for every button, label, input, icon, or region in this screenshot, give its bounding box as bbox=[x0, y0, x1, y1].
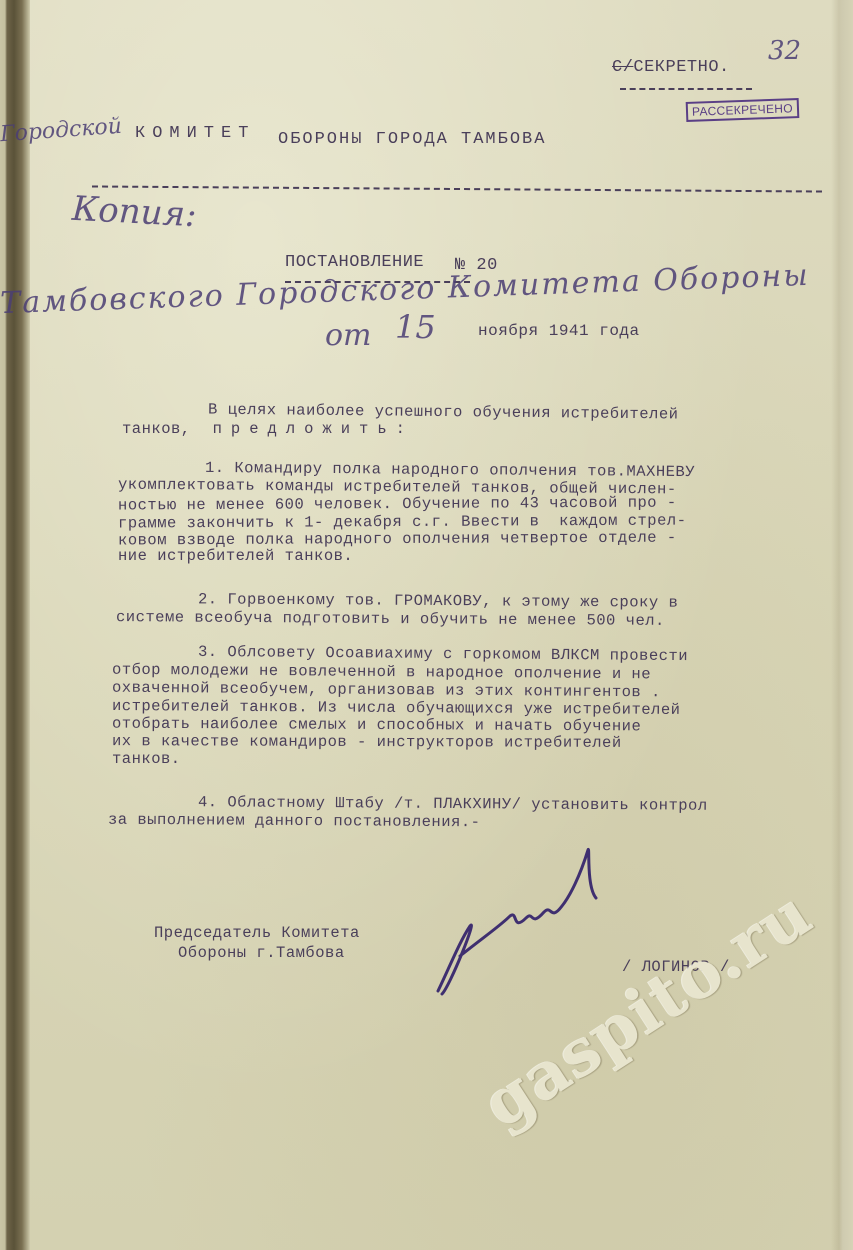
item-3-line-7: танков. bbox=[112, 750, 181, 768]
classification-mark: С/СЕКРЕТНО. bbox=[612, 58, 730, 77]
committee-word: КОМИТЕТ bbox=[135, 124, 255, 143]
signatory-position-1: Председатель Комитета bbox=[154, 924, 360, 942]
resolution-title: ПОСТАНОВЛЕНИЕ bbox=[285, 253, 424, 272]
header-rule bbox=[92, 185, 822, 192]
intro-propose: предложить: bbox=[213, 420, 414, 438]
struck-prefix: С/ bbox=[612, 58, 633, 77]
intro-tanks: танков, bbox=[122, 420, 191, 438]
intro-line-2: танков,предложить: bbox=[122, 420, 414, 438]
binding-edge bbox=[0, 0, 30, 1250]
page-number: 32 bbox=[768, 36, 801, 66]
handwritten-copy: Копия: bbox=[71, 189, 197, 235]
item-3-line-6: их в качестве командиров - инструкторов … bbox=[112, 732, 622, 752]
resolution-date: ноября 1941 года bbox=[478, 322, 640, 340]
document-page: 32 С/СЕКРЕТНО. РАССЕКРЕЧЕНО Городской КО… bbox=[0, 0, 853, 1250]
signatory-position-2: Обороны г.Тамбова bbox=[178, 944, 345, 962]
item-4-line-2: за выполнением данного постановления.- bbox=[108, 811, 481, 832]
committee-title: ОБОРОНЫ ГОРОДА ТАМБОВА bbox=[278, 130, 546, 149]
declassified-stamp: РАССЕКРЕЧЕНО bbox=[686, 98, 800, 122]
item-1-line-6: ние истребителей танков. bbox=[118, 547, 353, 565]
handwritten-date-prefix: от bbox=[325, 318, 372, 353]
classification-underline bbox=[620, 88, 752, 90]
handwritten-signature bbox=[430, 836, 650, 1006]
classification-text: СЕКРЕТНО. bbox=[633, 58, 729, 77]
page-edge bbox=[831, 0, 853, 1250]
handwritten-day: 15 bbox=[395, 308, 436, 346]
item-2-line-2: системе всеобуча подготовить и обучить н… bbox=[116, 608, 665, 630]
